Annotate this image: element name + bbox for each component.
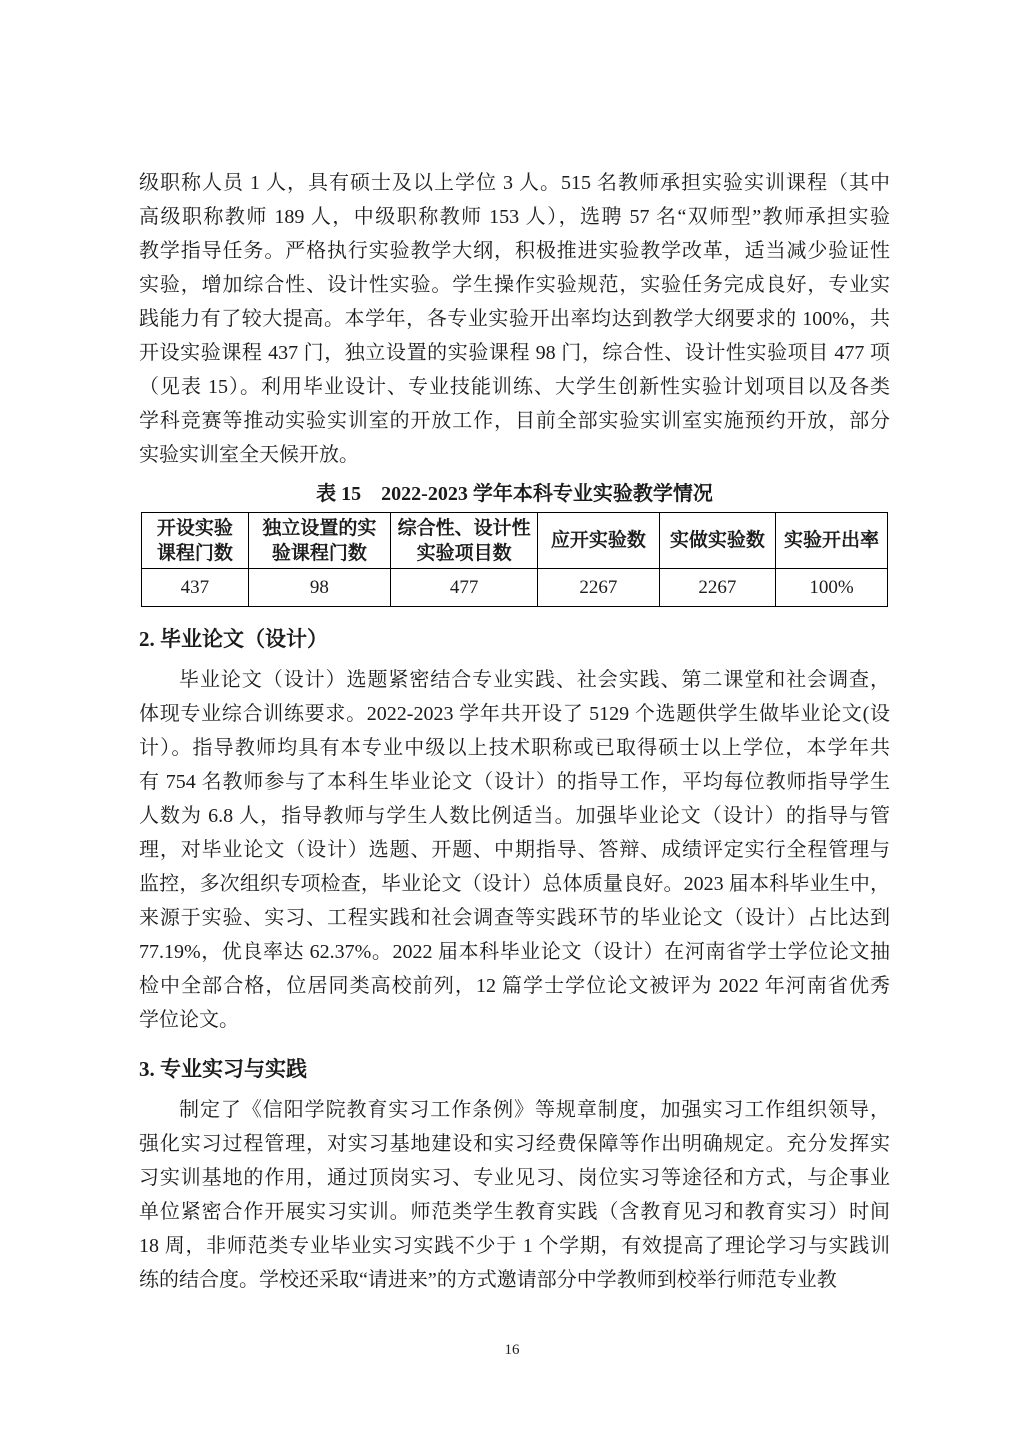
header-line: 课程门数 — [142, 541, 248, 566]
text-line: 教学指导任务。严格执行实验教学大纲，积极推进实验教学改革，适当减少验证性 — [139, 234, 890, 268]
text-line: 习实训基地的作用，通过顶岗实习、专业见习、岗位实习等途径和方式，与企事业 — [139, 1161, 890, 1195]
text-line: 18 周，非师范类专业毕业实习实践不少于 1 个学期，有效提高了理论学习与实践训 — [139, 1229, 890, 1263]
text-line: 练的结合度。学校还采取“请进来”的方式邀请部分中学教师到校举行师范专业教 — [139, 1263, 890, 1297]
table15-header-row: 开设实验 课程门数 独立设置的实 验课程门数 综合性、设计性 实验项目数 应开实… — [142, 513, 888, 569]
table15-header-comprehensive-projects: 综合性、设计性 实验项目数 — [391, 513, 538, 569]
paragraph-graduation-thesis: 毕业论文（设计）选题紧密结合专业实践、社会实践、第二课堂和社会调查，体现专业综合… — [139, 663, 890, 1037]
table15-value-experiments-done: 2267 — [659, 569, 775, 607]
table15-header-experiments-due: 应开实验数 — [538, 513, 660, 569]
table15-value-experiments-due: 2267 — [538, 569, 660, 607]
table15-header-courses-offered: 开设实验 课程门数 — [142, 513, 249, 569]
header-line: 开设实验 — [142, 516, 248, 541]
table15-header-open-rate: 实验开出率 — [776, 513, 888, 569]
text-line: 检中全部合格，位居同类高校前列，12 篇学士学位论文被评为 2022 年河南省优… — [139, 969, 890, 1003]
document-page: 级职称人员 1 人，具有硕士及以上学位 3 人。515 名教师承担实验实训课程（… — [0, 0, 1024, 1448]
text-line: 计）。指导教师均具有本专业中级以上技术职称或已取得硕士以上学位，本学年共 — [139, 731, 890, 765]
table15-value-independent-courses: 98 — [248, 569, 390, 607]
text-line: 来源于实验、实习、工程实践和社会调查等实践环节的毕业论文（设计）占比达到 — [139, 901, 890, 935]
text-line: 高级职称教师 189 人，中级职称教师 153 人），选聘 57 名“双师型”教… — [139, 200, 890, 234]
text-line: 级职称人员 1 人，具有硕士及以上学位 3 人。515 名教师承担实验实训课程（… — [139, 166, 890, 200]
text-line: 强化实习过程管理，对实习基地建设和实习经费保障等作出明确规定。充分发挥实 — [139, 1127, 890, 1161]
text-line: 监控，多次组织专项检查，毕业论文（设计）总体质量良好。2023 届本科毕业生中， — [139, 867, 890, 901]
text-line: 人数为 6.8 人，指导教师与学生人数比例适当。加强毕业论文（设计）的指导与管 — [139, 799, 890, 833]
text-line: 制定了《信阳学院教育实习工作条例》等规章制度，加强实习工作组织领导， — [139, 1093, 890, 1127]
header-line: 实验项目数 — [391, 541, 537, 566]
text-line: 实验，增加综合性、设计性实验。学生操作实验规范，实验任务完成良好，专业实 — [139, 268, 890, 302]
table15-caption: 表 15 2022-2023 学年本科专业实验教学情况 — [139, 480, 890, 508]
text-line: 有 754 名教师参与了本科生毕业论文（设计）的指导工作，平均每位教师指导学生 — [139, 765, 890, 799]
page-content: 级职称人员 1 人，具有硕士及以上学位 3 人。515 名教师承担实验实训课程（… — [139, 166, 890, 1297]
text-line: 77.19%，优良率达 62.37%。2022 届本科毕业论文（设计）在河南省学… — [139, 935, 890, 969]
text-line: 实验实训室全天候开放。 — [139, 438, 890, 472]
text-line: （见表 15）。利用毕业设计、专业技能训练、大学生创新性实验计划项目以及各类 — [139, 370, 890, 404]
header-line: 实做实验数 — [660, 528, 775, 553]
header-line: 验课程门数 — [249, 541, 390, 566]
text-line: 体现专业综合训练要求。2022-2023 学年共开设了 5129 个选题供学生做… — [139, 697, 890, 731]
table15-value-open-rate: 100% — [776, 569, 888, 607]
header-line: 实验开出率 — [776, 528, 887, 553]
text-line: 开设实验课程 437 门，独立设置的实验课程 98 门，综合性、设计性实验项目 … — [139, 336, 890, 370]
text-line: 理，对毕业论文（设计）选题、开题、中期指导、答辩、成绩评定实行全程管理与 — [139, 833, 890, 867]
text-line: 践能力有了较大提高。本学年，各专业实验开出率均达到教学大纲要求的 100%，共 — [139, 302, 890, 336]
text-line: 毕业论文（设计）选题紧密结合专业实践、社会实践、第二课堂和社会调查， — [139, 663, 890, 697]
table15-value-courses-offered: 437 — [142, 569, 249, 607]
text-line: 单位紧密合作开展实习实训。师范类学生教育实践（含教育见习和教育实习）时间 — [139, 1195, 890, 1229]
page-number: 16 — [0, 1342, 1024, 1359]
table15-experiment-teaching: 开设实验 课程门数 独立设置的实 验课程门数 综合性、设计性 实验项目数 应开实… — [141, 512, 888, 607]
text-line: 学位论文。 — [139, 1003, 890, 1037]
paragraph-experiment-teaching: 级职称人员 1 人，具有硕士及以上学位 3 人。515 名教师承担实验实训课程（… — [139, 166, 890, 472]
paragraph-professional-internship: 制定了《信阳学院教育实习工作条例》等规章制度，加强实习工作组织领导，强化实习过程… — [139, 1093, 890, 1297]
text-line: 学科竞赛等推动实验实训室的开放工作，目前全部实验实训室实施预约开放，部分 — [139, 404, 890, 438]
table15-value-comprehensive-projects: 477 — [391, 569, 538, 607]
heading-graduation-thesis: 2. 毕业论文（设计） — [139, 623, 890, 655]
heading-professional-internship: 3. 专业实习与实践 — [139, 1053, 890, 1085]
table15-header-experiments-done: 实做实验数 — [659, 513, 775, 569]
header-line: 应开实验数 — [538, 528, 659, 553]
header-line: 独立设置的实 — [249, 516, 390, 541]
table15-header-independent-courses: 独立设置的实 验课程门数 — [248, 513, 390, 569]
table15-value-row: 437 98 477 2267 2267 100% — [142, 569, 888, 607]
header-line: 综合性、设计性 — [391, 516, 537, 541]
